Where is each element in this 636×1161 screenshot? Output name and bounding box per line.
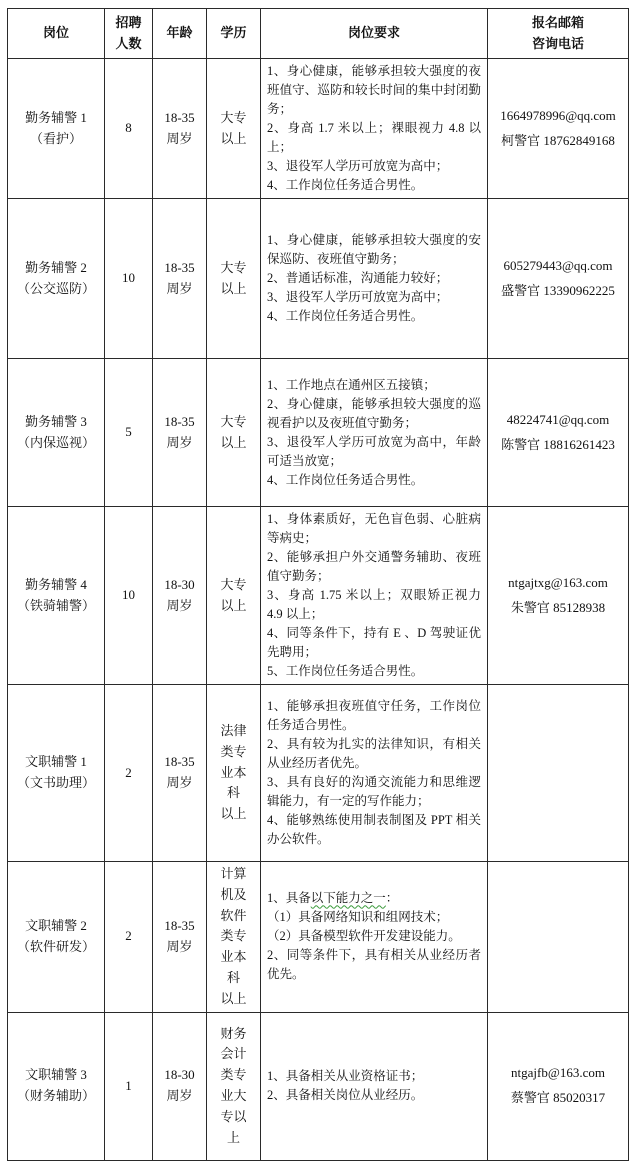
- contact-email: 48224741@qq.com: [490, 408, 626, 433]
- age-cell: 18-35 周岁: [153, 862, 207, 1013]
- requirements-text: （1）具备网络知识和组网技术； （2）具备模型软件开发建设能力。 2、同等条件下…: [267, 908, 481, 984]
- table-row: 勤务辅警 1 （看护） 8 18-35 周岁 大专 以上 1、身心健康，能够承担…: [8, 59, 629, 199]
- header-position: 岗位: [8, 9, 105, 59]
- requirements-text: 1、身体素质好，无色盲色弱、心脏病等病史； 2、能够承担户外交通警务辅助、夜班值…: [267, 510, 481, 681]
- requirements-text: 1、身心健康，能够承担较大强度的夜班值守、巡防和较长时间的集中封闭勤务； 2、身…: [267, 62, 481, 195]
- education-cell: 大专 以上: [207, 59, 261, 199]
- position-cell: 勤务辅警 2 （公交巡防）: [8, 199, 105, 359]
- contact-officer: 陈警官 18816261423: [490, 433, 626, 458]
- education-cell: 计算 机及 软件 类专 业本 科 以上: [207, 862, 261, 1013]
- requirements-text: ：: [386, 891, 399, 905]
- contact-cell: [488, 685, 629, 862]
- contact-officer: 盛警官 13390962225: [490, 279, 626, 304]
- count-cell: 8: [105, 59, 153, 199]
- contact-cell: 605279443@qq.com 盛警官 13390962225: [488, 199, 629, 359]
- contact-email: 605279443@qq.com: [490, 254, 626, 279]
- count-cell: 2: [105, 685, 153, 862]
- age-cell: 18-35 周岁: [153, 685, 207, 862]
- table-row: 勤务辅警 4 （铁骑辅警） 10 18-30 周岁 大专 以上 1、身体素质好，…: [8, 507, 629, 685]
- requirements-cell: 1、具备以下能力之一： （1）具备网络知识和组网技术； （2）具备模型软件开发建…: [261, 862, 488, 1013]
- contact-cell: 48224741@qq.com 陈警官 18816261423: [488, 359, 629, 507]
- requirements-text: 1、具备相关从业资格证书； 2、具备相关岗位从业经历。: [267, 1067, 481, 1105]
- count-cell: 2: [105, 862, 153, 1013]
- contact-officer: 朱警官 85128938: [490, 596, 626, 621]
- position-cell: 勤务辅警 1 （看护）: [8, 59, 105, 199]
- requirements-text: 1、能够承担夜班值守任务，工作岗位任务适合男性。 2、具有较为扎实的法律知识，有…: [267, 697, 481, 849]
- header-age: 年龄: [153, 9, 207, 59]
- age-cell: 18-35 周岁: [153, 59, 207, 199]
- contact-email: ntgajfb@163.com: [490, 1061, 626, 1086]
- age-cell: 18-35 周岁: [153, 359, 207, 507]
- count-cell: 10: [105, 507, 153, 685]
- requirements-text: 1、身心健康，能够承担较大强度的安保巡防、夜班值守勤务； 2、普通话标准，沟通能…: [267, 231, 481, 326]
- position-cell: 勤务辅警 4 （铁骑辅警）: [8, 507, 105, 685]
- document-page: 岗位 招聘 人数 年龄 学历 岗位要求 报名邮箱 咨询电话 勤务辅警 1 （看护…: [0, 0, 636, 1138]
- count-cell: 10: [105, 199, 153, 359]
- education-cell: 大专 以上: [207, 199, 261, 359]
- recruitment-table: 岗位 招聘 人数 年龄 学历 岗位要求 报名邮箱 咨询电话 勤务辅警 1 （看护…: [7, 8, 629, 1161]
- position-cell: 勤务辅警 3 （内保巡视）: [8, 359, 105, 507]
- age-cell: 18-35 周岁: [153, 199, 207, 359]
- header-requirements: 岗位要求: [261, 9, 488, 59]
- requirements-first-line: 1、具备以下能力之一：: [267, 889, 481, 908]
- table-row: 勤务辅警 2 （公交巡防） 10 18-35 周岁 大专 以上 1、身心健康，能…: [8, 199, 629, 359]
- contact-officer: 蔡警官 85020317: [490, 1086, 626, 1111]
- header-education: 学历: [207, 9, 261, 59]
- position-cell: 文职辅警 2 （软件研发）: [8, 862, 105, 1013]
- requirements-text: 1、具备: [267, 891, 311, 905]
- requirements-cell: 1、身体素质好，无色盲色弱、心脏病等病史； 2、能够承担户外交通警务辅助、夜班值…: [261, 507, 488, 685]
- contact-cell: ntgajtxg@163.com 朱警官 85128938: [488, 507, 629, 685]
- requirements-text: 1、工作地点在通州区五接镇； 2、身心健康，能够承担较大强度的巡视看护以及夜班值…: [267, 376, 481, 490]
- table-row: 勤务辅警 3 （内保巡视） 5 18-35 周岁 大专 以上 1、工作地点在通州…: [8, 359, 629, 507]
- education-cell: 法律 类专 业本 科 以上: [207, 685, 261, 862]
- requirements-cell: 1、身心健康，能够承担较大强度的安保巡防、夜班值守勤务； 2、普通话标准，沟通能…: [261, 199, 488, 359]
- contact-officer: 柯警官 18762849168: [490, 129, 626, 154]
- count-cell: 5: [105, 359, 153, 507]
- education-cell: 大专 以上: [207, 507, 261, 685]
- position-cell: 文职辅警 1 （文书助理）: [8, 685, 105, 862]
- contact-cell: [488, 862, 629, 1013]
- table-row: 文职辅警 1 （文书助理） 2 18-35 周岁 法律 类专 业本 科 以上 1…: [8, 685, 629, 862]
- table-row: 文职辅警 2 （软件研发） 2 18-35 周岁 计算 机及 软件 类专 业本 …: [8, 862, 629, 1013]
- contact-cell: 1664978996@qq.com 柯警官 18762849168: [488, 59, 629, 199]
- education-cell: 大专 以上: [207, 359, 261, 507]
- requirements-cell: 1、能够承担夜班值守任务，工作岗位任务适合男性。 2、具有较为扎实的法律知识，有…: [261, 685, 488, 862]
- requirements-cell: 1、工作地点在通州区五接镇； 2、身心健康，能够承担较大强度的巡视看护以及夜班值…: [261, 359, 488, 507]
- spellcheck-underlined-text: 以下能力之一: [311, 891, 386, 905]
- age-cell: 18-30 周岁: [153, 507, 207, 685]
- header-contact: 报名邮箱 咨询电话: [488, 9, 629, 59]
- requirements-cell: 1、身心健康，能够承担较大强度的夜班值守、巡防和较长时间的集中封闭勤务； 2、身…: [261, 59, 488, 199]
- contact-email: 1664978996@qq.com: [490, 104, 626, 129]
- header-row: 岗位 招聘 人数 年龄 学历 岗位要求 报名邮箱 咨询电话: [8, 9, 629, 59]
- header-count: 招聘 人数: [105, 9, 153, 59]
- contact-email: ntgajtxg@163.com: [490, 571, 626, 596]
